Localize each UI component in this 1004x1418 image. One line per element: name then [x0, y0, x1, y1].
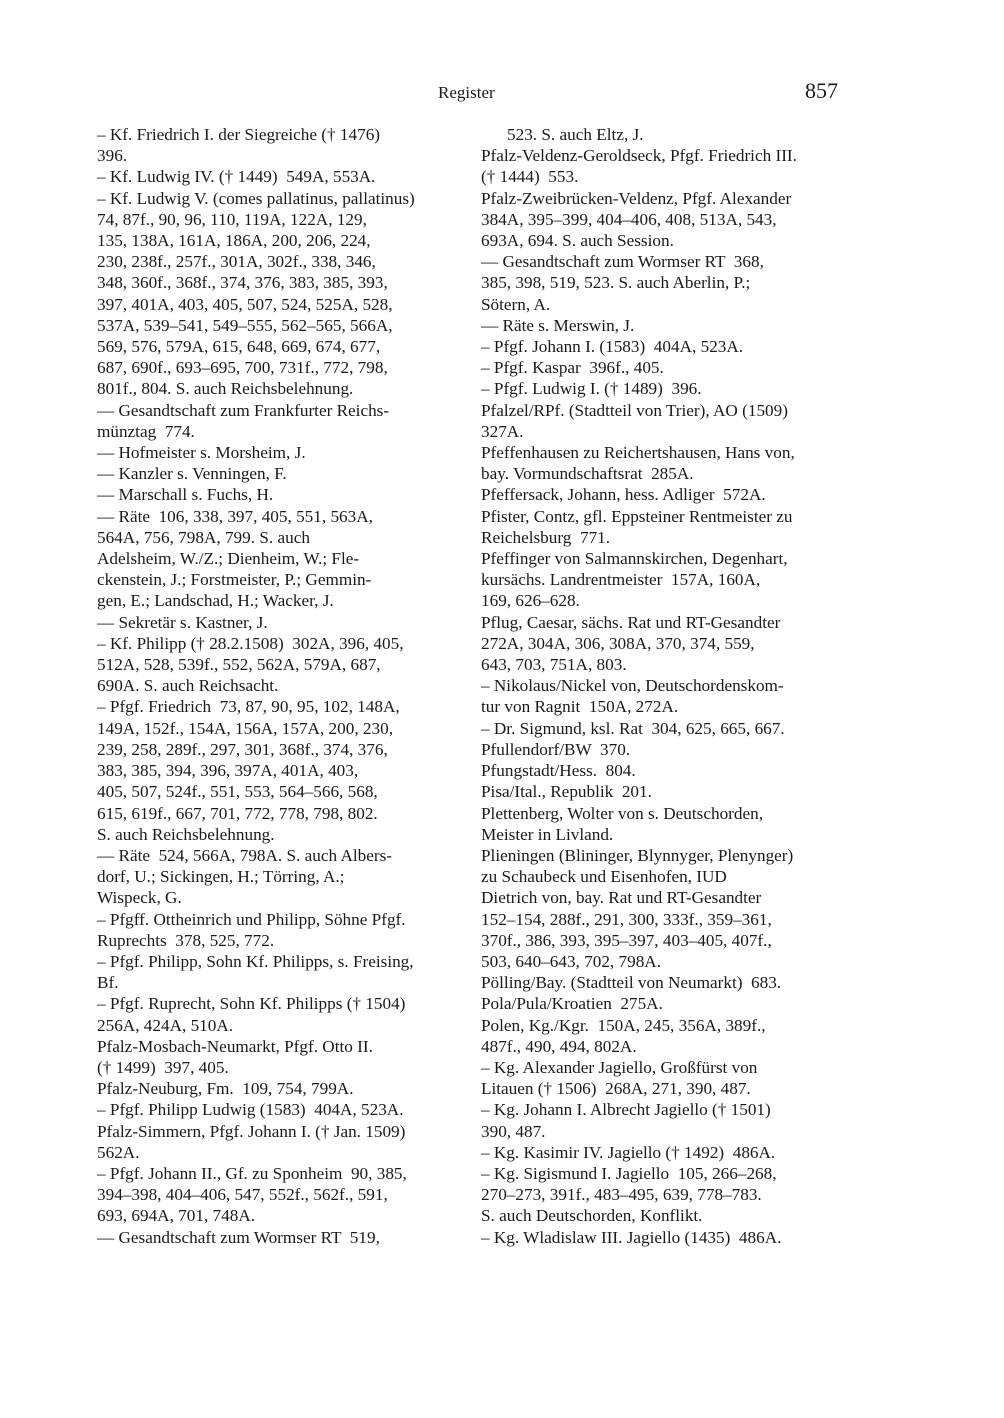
index-subentry: – Kf. Ludwig V. (comes pallatinus, palla…: [97, 188, 467, 400]
index-subentry: – Pfgf. Philipp, Sohn Kf. Philipps, s. F…: [97, 951, 467, 993]
index-subentry: –– Räte 524, 566A, 798A. S. auch Albers-…: [97, 845, 467, 909]
index-subentry: –– Räte 106, 338, 397, 405, 551, 563A,56…: [97, 506, 467, 612]
index-entry-line: kursächs. Landrentmeister 157A, 160A,: [494, 569, 856, 590]
index-subentry: – Kf. Friedrich I. der Siegreiche († 147…: [97, 124, 467, 166]
index-entry-line: – Pfgf. Ludwig I. († 1489) 396.: [494, 378, 856, 399]
index-entry-line: 569, 576, 579A, 615, 648, 669, 674, 677,: [110, 336, 467, 357]
index-entry-line: ckenstein, J.; Forstmeister, P.; Gemmin-: [123, 569, 467, 590]
index-entry-line: 270–273, 391f., 483–495, 639, 778–783.: [494, 1184, 856, 1205]
index-entry-line: S. auch Deutschorden, Konflikt.: [494, 1205, 856, 1226]
index-entry-line: – Kg. Sigismund I. Jagiello 105, 266–268…: [494, 1163, 856, 1184]
index-subentry: – Kg. Johann I. Albrecht Jagiello († 150…: [481, 1099, 856, 1141]
index-entry-line: 512A, 528, 539f., 552, 562A, 579A, 687,: [110, 654, 467, 675]
index-entry-line: Pfalz-Neuburg, Fm. 109, 754, 799A.: [110, 1078, 467, 1099]
index-entry-line: 230, 238f., 257f., 301A, 302f., 338, 346…: [110, 251, 467, 272]
index-entry-line: 615, 619f., 667, 701, 772, 778, 798, 802…: [110, 803, 467, 824]
index-entry-line: 397, 401A, 403, 405, 507, 524, 525A, 528…: [110, 294, 467, 315]
index-entry-line: Pölling/Bay. (Stadtteil von Neumarkt) 68…: [494, 972, 856, 993]
index-entry-line: – Kf. Friedrich I. der Siegreiche († 147…: [110, 124, 467, 145]
index-entry-line: –– Gesandtschaft zum Frankfurter Reichs-: [123, 400, 467, 421]
index-entry-line: – Pfgf. Johann II., Gf. zu Sponheim 90, …: [110, 1163, 467, 1184]
index-entry-line: Pfister, Contz, gfl. Eppsteiner Rentmeis…: [494, 506, 856, 527]
index-entry-line: Polen, Kg./Kgr. 150A, 245, 356A, 389f.,: [494, 1015, 856, 1036]
index-entry-line: Adelsheim, W./Z.; Dienheim, W.; Fle-: [123, 548, 467, 569]
index-entry-line: Dietrich von, bay. Rat und RT-Gesandter: [494, 887, 856, 908]
index-entry-line: 487f., 490, 494, 802A.: [494, 1036, 856, 1057]
index-subentry: – Dr. Sigmund, ksl. Rat 304, 625, 665, 6…: [481, 718, 856, 739]
index-entry: Pflug, Caesar, sächs. Rat und RT-Gesandt…: [481, 612, 856, 676]
index-entry-line: Pola/Pula/Kroatien 275A.: [494, 993, 856, 1014]
index-subentry: – Pfgf. Ludwig I. († 1489) 396.: [481, 378, 856, 399]
index-subentry: – Pfgf. Johann I. (1583) 404A, 523A.: [481, 336, 856, 357]
index-entry: Pfalz-Veldenz-Geroldseck, Pfgf. Friedric…: [481, 145, 856, 187]
index-entry-line: dorf, U.; Sickingen, H.; Törring, A.;: [123, 866, 467, 887]
index-subentry: – Pfgf. Ruprecht, Sohn Kf. Philipps († 1…: [97, 993, 467, 1035]
index-subentry: – Kg. Wladislaw III. Jagiello (1435) 486…: [481, 1227, 856, 1248]
index-entry-line: bay. Vormundschaftsrat 285A.: [494, 463, 856, 484]
index-entry-line: zu Schaubeck und Eisenhofen, IUD: [494, 866, 856, 887]
index-subentry: – Kg. Kasimir IV. Jagiello († 1492) 486A…: [481, 1142, 856, 1163]
index-entry: Pölling/Bay. (Stadtteil von Neumarkt) 68…: [481, 972, 856, 993]
index-entry-line: – Pfgf. Ruprecht, Sohn Kf. Philipps († 1…: [110, 993, 467, 1014]
index-entry-line: 523. S. auch Eltz, J.: [507, 124, 856, 145]
index-entry-line: Pfullendorf/BW 370.: [494, 739, 856, 760]
index-subentry: – Kf. Philipp († 28.2.1508) 302A, 396, 4…: [97, 633, 467, 697]
index-subentry: –– Marschall s. Fuchs, H.: [97, 484, 467, 505]
index-entry-line: –– Räte 106, 338, 397, 405, 551, 563A,: [123, 506, 467, 527]
page-number: 857: [805, 78, 838, 104]
index-subentry: –– Hofmeister s. Morsheim, J.: [97, 442, 467, 463]
index-entry: Pola/Pula/Kroatien 275A.: [481, 993, 856, 1014]
index-entry-line: – Kf. Ludwig IV. († 1449) 549A, 553A.: [110, 166, 467, 187]
index-entry-line: 693A, 694. S. auch Session.: [494, 230, 856, 251]
index-entry-line: Pfalz-Veldenz-Geroldseck, Pfgf. Friedric…: [494, 145, 856, 166]
index-entry-line: 256A, 424A, 510A.: [110, 1015, 467, 1036]
index-entry-line: 169, 626–628.: [494, 590, 856, 611]
index-entry-line: 396.: [110, 145, 467, 166]
index-entry-line: Plieningen (Blininger, Blynnyger, Plenyn…: [494, 845, 856, 866]
index-entry-line: Pfalzel/RPf. (Stadtteil von Trier), AO (…: [494, 400, 856, 421]
index-entry-line: Plettenberg, Wolter von s. Deutschorden,: [494, 803, 856, 824]
index-entry-line: 503, 640–643, 702, 798A.: [494, 951, 856, 972]
index-entry-line: Pflug, Caesar, sächs. Rat und RT-Gesandt…: [494, 612, 856, 633]
index-entry-line: Pfalz-Simmern, Pfgf. Johann I. († Jan. 1…: [110, 1121, 467, 1142]
index-entry: Pfeffersack, Johann, hess. Adliger 572A.: [481, 484, 856, 505]
index-subentry: –– Räte s. Merswin, J.: [481, 315, 856, 336]
index-entry-line: Pfeffersack, Johann, hess. Adliger 572A.: [494, 484, 856, 505]
index-entry-line: münztag 774.: [123, 421, 467, 442]
index-entry-line: –– Marschall s. Fuchs, H.: [123, 484, 467, 505]
index-entry: Pfeffenhausen zu Reichertshausen, Hans v…: [481, 442, 856, 484]
index-subentry: –– Gesandtschaft zum Wormser RT 368,385,…: [481, 251, 856, 315]
index-entry-line: –– Gesandtschaft zum Wormser RT 368,: [507, 251, 856, 272]
index-entry-line: 149A, 152f., 154A, 156A, 157A, 200, 230,: [110, 718, 467, 739]
index-entry-line: – Kf. Philipp († 28.2.1508) 302A, 396, 4…: [110, 633, 467, 654]
index-entry-line: Pfalz-Zweibrücken-Veldenz, Pfgf. Alexand…: [494, 188, 856, 209]
index-entry-line: – Pfgf. Philipp, Sohn Kf. Philipps, s. F…: [110, 951, 467, 972]
index-entry-line: 239, 258, 289f., 297, 301, 368f., 374, 3…: [110, 739, 467, 760]
index-entry-line: – Nikolaus/Nickel von, Deutschordenskom-: [494, 675, 856, 696]
index-entry: Pfalz-Neuburg, Fm. 109, 754, 799A.: [97, 1078, 467, 1099]
index-entry: Pfalz-Zweibrücken-Veldenz, Pfgf. Alexand…: [481, 188, 856, 252]
index-subentry: – Kf. Ludwig IV. († 1449) 549A, 553A.: [97, 166, 467, 187]
index-entry: Pfullendorf/BW 370.: [481, 739, 856, 760]
index-entry-line: – Pfgf. Johann I. (1583) 404A, 523A.: [494, 336, 856, 357]
index-column-right: 523. S. auch Eltz, J.Pfalz-Veldenz-Gerol…: [481, 124, 856, 1248]
index-entry-line: 383, 385, 394, 396, 397A, 401A, 403,: [110, 760, 467, 781]
index-entry-line: 693, 694A, 701, 748A.: [110, 1205, 467, 1226]
index-entry-line: 564A, 756, 798A, 799. S. auch: [123, 527, 467, 548]
index-entry-line: 272A, 304A, 306, 308A, 370, 374, 559,: [494, 633, 856, 654]
index-entry-line: 801f., 804. S. auch Reichsbelehnung.: [110, 378, 467, 399]
index-entry-line: – Kg. Alexander Jagiello, Großfürst von: [494, 1057, 856, 1078]
index-entry-line: Litauen († 1506) 268A, 271, 390, 487.: [494, 1078, 856, 1099]
index-subentry: – Pfgf. Johann II., Gf. zu Sponheim 90, …: [97, 1163, 467, 1227]
index-column-left: – Kf. Friedrich I. der Siegreiche († 147…: [97, 124, 467, 1248]
index-entry-line: 537A, 539–541, 549–555, 562–565, 566A,: [110, 315, 467, 336]
page-header: Register 857: [0, 78, 1004, 108]
index-subentry: – Pfgf. Philipp Ludwig (1583) 404A, 523A…: [97, 1099, 467, 1120]
index-entry-line: 390, 487.: [494, 1121, 856, 1142]
index-entry-line: 394–398, 404–406, 547, 552f., 562f., 591…: [110, 1184, 467, 1205]
index-entry-line: Bf.: [110, 972, 467, 993]
index-entry-line: († 1444) 553.: [494, 166, 856, 187]
index-entry-line: 74, 87f., 90, 96, 110, 119A, 122A, 129,: [110, 209, 467, 230]
index-entry-line: –– Sekretär s. Kastner, J.: [123, 612, 467, 633]
index-entry-line: tur von Ragnit 150A, 272A.: [494, 696, 856, 717]
index-entry-line: 370f., 386, 393, 395–397, 403–405, 407f.…: [494, 930, 856, 951]
index-entry-line: Pfeffinger von Salmannskirchen, Degenhar…: [494, 548, 856, 569]
index-entry-line: († 1499) 397, 405.: [110, 1057, 467, 1078]
index-entry-line: – Kf. Ludwig V. (comes pallatinus, palla…: [110, 188, 467, 209]
index-entry-line: 135, 138A, 161A, 186A, 200, 206, 224,: [110, 230, 467, 251]
index-entry-line: Sötern, A.: [507, 294, 856, 315]
index-entry-line: Meister in Livland.: [494, 824, 856, 845]
index-entry-line: –– Hofmeister s. Morsheim, J.: [123, 442, 467, 463]
index-entry-line: 643, 703, 751A, 803.: [494, 654, 856, 675]
index-subentry: –– Sekretär s. Kastner, J.: [97, 612, 467, 633]
index-subentry: – Pfgf. Kaspar 396f., 405.: [481, 357, 856, 378]
index-entry-line: 687, 690f., 693–695, 700, 731f., 772, 79…: [110, 357, 467, 378]
index-entry-line: Pfungstadt/Hess. 804.: [494, 760, 856, 781]
index-entry-line: Wispeck, G.: [123, 887, 467, 908]
index-entry-line: –– Räte s. Merswin, J.: [507, 315, 856, 336]
index-entry-line: S. auch Reichsbelehnung.: [110, 824, 467, 845]
index-entry-line: 385, 398, 519, 523. S. auch Aberlin, P.;: [507, 272, 856, 293]
index-entry: Polen, Kg./Kgr. 150A, 245, 356A, 389f.,4…: [481, 1015, 856, 1057]
index-subentry: – Kg. Sigismund I. Jagiello 105, 266–268…: [481, 1163, 856, 1227]
index-entry-line: gen, E.; Landschad, H.; Wacker, J.: [123, 590, 467, 611]
index-entry-line: Pisa/Ital., Republik 201.: [494, 781, 856, 802]
index-entry-line: 348, 360f., 368f., 374, 376, 383, 385, 3…: [110, 272, 467, 293]
index-subentry: – Pfgff. Ottheinrich und Philipp, Söhne …: [97, 909, 467, 951]
index-subentry: – Kg. Alexander Jagiello, Großfürst vonL…: [481, 1057, 856, 1099]
index-entry-line: –– Räte 524, 566A, 798A. S. auch Albers-: [123, 845, 467, 866]
running-head: Register: [438, 83, 495, 103]
index-entry-line: 405, 507, 524f., 551, 553, 564–566, 568,: [110, 781, 467, 802]
index-subentry: –– Kanzler s. Venningen, F.: [97, 463, 467, 484]
index-entry-line: 562A.: [110, 1142, 467, 1163]
index-subentry: – Pfgf. Friedrich 73, 87, 90, 95, 102, 1…: [97, 696, 467, 844]
index-entry-line: Pfalz-Mosbach-Neumarkt, Pfgf. Otto II.: [110, 1036, 467, 1057]
index-entry-line: – Pfgf. Friedrich 73, 87, 90, 95, 102, 1…: [110, 696, 467, 717]
index-entry-line: 327A.: [494, 421, 856, 442]
index-entry: Pfister, Contz, gfl. Eppsteiner Rentmeis…: [481, 506, 856, 548]
index-entry-line: – Kg. Wladislaw III. Jagiello (1435) 486…: [494, 1227, 856, 1248]
index-entry: Plettenberg, Wolter von s. Deutschorden,…: [481, 803, 856, 845]
index-entry-line: – Pfgf. Philipp Ludwig (1583) 404A, 523A…: [110, 1099, 467, 1120]
index-entry-line: 384A, 395–399, 404–406, 408, 513A, 543,: [494, 209, 856, 230]
index-entry-line: 690A. S. auch Reichsacht.: [110, 675, 467, 696]
index-entry: Pfalzel/RPf. (Stadtteil von Trier), AO (…: [481, 400, 856, 442]
index-subentry: –– Gesandtschaft zum Frankfurter Reichs-…: [97, 400, 467, 442]
index-entry-line: Ruprechts 378, 525, 772.: [110, 930, 467, 951]
index-entry-line: – Pfgf. Kaspar 396f., 405.: [494, 357, 856, 378]
index-entry-line: Pfeffenhausen zu Reichertshausen, Hans v…: [494, 442, 856, 463]
index-entry-line: – Kg. Kasimir IV. Jagiello († 1492) 486A…: [494, 1142, 856, 1163]
index-entry-line: – Kg. Johann I. Albrecht Jagiello († 150…: [494, 1099, 856, 1120]
index-entry: Pfalz-Simmern, Pfgf. Johann I. († Jan. 1…: [97, 1121, 467, 1163]
index-entry-line: –– Gesandtschaft zum Wormser RT 519,: [123, 1227, 467, 1248]
index-subentry: 523. S. auch Eltz, J.: [481, 124, 856, 145]
index-subentry: – Nikolaus/Nickel von, Deutschordenskom-…: [481, 675, 856, 717]
index-subentry: –– Gesandtschaft zum Wormser RT 519,: [97, 1227, 467, 1248]
index-entry: Plieningen (Blininger, Blynnyger, Plenyn…: [481, 845, 856, 972]
index-entry: Pfalz-Mosbach-Neumarkt, Pfgf. Otto II.(†…: [97, 1036, 467, 1078]
index-entry: Pfeffinger von Salmannskirchen, Degenhar…: [481, 548, 856, 612]
index-entry-line: –– Kanzler s. Venningen, F.: [123, 463, 467, 484]
index-entry: Pfungstadt/Hess. 804.: [481, 760, 856, 781]
index-entry: Pisa/Ital., Republik 201.: [481, 781, 856, 802]
index-entry-line: 152–154, 288f., 291, 300, 333f., 359–361…: [494, 909, 856, 930]
index-entry-line: – Dr. Sigmund, ksl. Rat 304, 625, 665, 6…: [494, 718, 856, 739]
index-entry-line: – Pfgff. Ottheinrich und Philipp, Söhne …: [110, 909, 467, 930]
index-entry-line: Reichelsburg 771.: [494, 527, 856, 548]
